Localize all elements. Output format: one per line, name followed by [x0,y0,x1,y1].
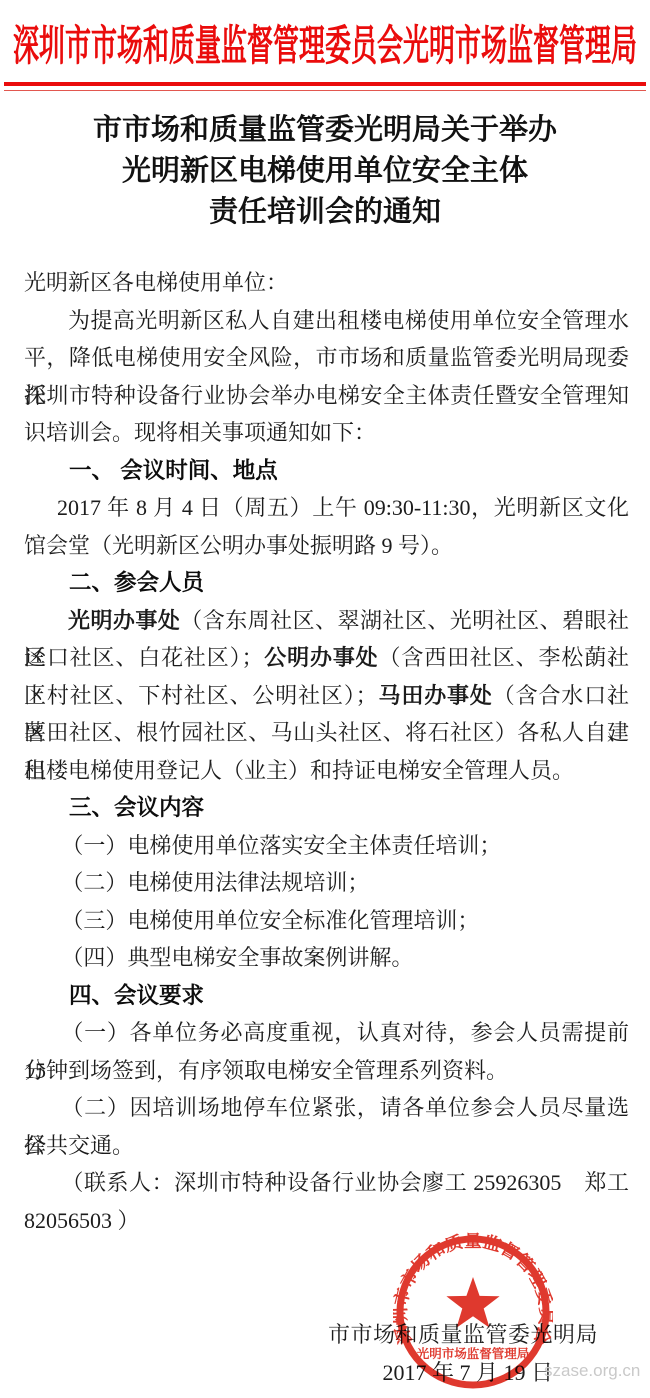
title-line-1: 市市场和质量监管委光明局关于举办 [0,110,650,151]
requirement-line-4: 公共交通。 [24,1127,629,1165]
seal-inner-text: 光明市场监督管理局 [417,1346,530,1361]
title-line-2: 光明新区电梯使用单位安全主体 [0,151,650,192]
heading-attendees: 二、参会人员 [24,564,629,602]
heading-requirements: 四、会议要求 [24,977,629,1015]
meeting-time-line-1: 2017 年 8 月 4 日（周五）上午 09:30-11:30，光明新区文化 [24,489,629,527]
meeting-time-line-2: 馆会堂（光明新区公明办事处振明路 9 号）。 [24,527,629,565]
red-separator-thick [4,82,646,86]
content-item-1: （一）电梯使用单位落实安全主体责任培训； [24,827,629,865]
contact-line-1: （联系人：深圳市特种设备行业协会廖工 25926305 郑工 [24,1164,629,1202]
title-line-3: 责任培训会的通知 [0,192,650,233]
official-seal: 深圳市市场和质量监督管理委员会 光明市场监督管理局 [393,1232,553,1392]
intro-line-4: 识培训会。现将相关事项通知如下： [24,414,629,452]
intro-line-3: 深圳市特种设备行业协会举办电梯安全主体责任暨安全管理知 [24,377,629,415]
attendees-line-3: 上村社区、下村社区、公明社区）；马田办事处（含合水口社区、 [24,677,629,715]
site-watermark: szase.org.cn [544,1361,640,1381]
intro-line-2: 平，降低电梯使用安全风险，市市场和质量监管委光明局现委托 [24,339,629,377]
document-page: 深圳市市场和质量监督管理委员会光明市场监督管理局 市市场和质量监管委光明局关于举… [0,0,650,1398]
heading-meeting-time: 一、 会议时间、地点 [24,452,629,490]
requirement-line-1: （一）各单位务必高度重视，认真对待，参会人员需提前 15 [24,1014,629,1052]
requirement-line-3: （二）因培训场地停车位紧张，请各单位参会人员尽量选择 [24,1089,629,1127]
star-icon [446,1277,499,1328]
intro-line-1: 为提高光明新区私人自建出租楼电梯使用单位安全管理水 [24,302,629,340]
attendees-line-2: 迳口社区、白花社区）；公明办事处（含西田社区、李松蓢社区、 [24,639,629,677]
attendees-line-5: 租楼电梯使用登记人（业主）和持证电梯安全管理人员。 [24,752,629,790]
document-body: 光明新区各电梯使用单位： 为提高光明新区私人自建出租楼电梯使用单位安全管理水 平… [24,264,629,1239]
content-item-2: （二）电梯使用法律法规培训； [24,864,629,902]
document-title: 市市场和质量监管委光明局关于举办 光明新区电梯使用单位安全主体 责任培训会的通知 [0,110,650,233]
requirement-line-2: 分钟到场签到，有序领取电梯安全管理系列资料。 [24,1052,629,1090]
content-item-4: （四）典型电梯安全事故案例讲解。 [24,939,629,977]
red-separator-thin [4,90,646,91]
salutation-line: 光明新区各电梯使用单位： [24,264,629,302]
letterhead-org-name: 深圳市市场和质量监督管理委员会光明市场监督管理局 [0,13,650,73]
attendees-line-1: 光明办事处（含东周社区、翠湖社区、光明社区、碧眼社区、 [24,602,629,640]
attendees-line-4: 薯田社区、根竹园社区、马山头社区、将石社区）各私人自建出 [24,714,629,752]
heading-content: 三、会议内容 [24,789,629,827]
content-item-3: （三）电梯使用单位安全标准化管理培训； [24,902,629,940]
